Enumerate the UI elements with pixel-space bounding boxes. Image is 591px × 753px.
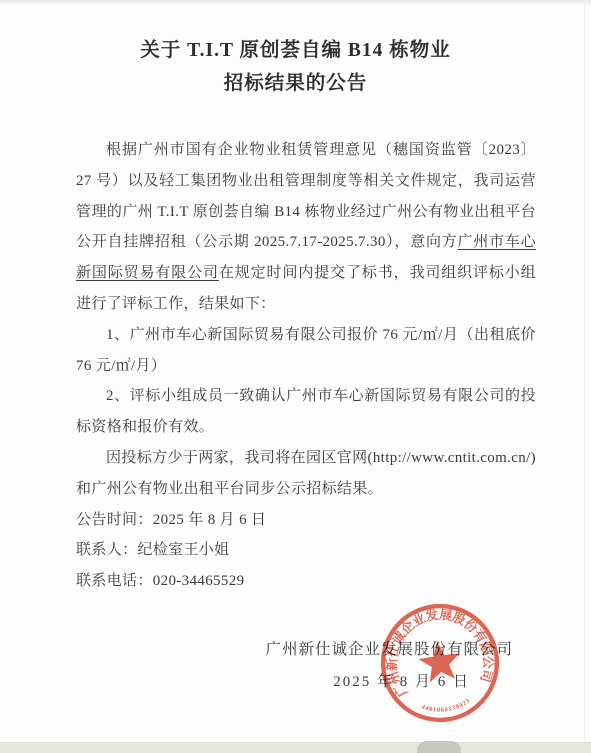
scan-bottom-edge <box>0 742 591 753</box>
paragraph-result-1: 1、广州市车心新国际贸易有限公司报价 76 元/㎡/月（出租底价 76 元/㎡/… <box>76 320 536 382</box>
scan-bottom-artifact <box>417 741 461 753</box>
page-title-line1: 关于 T.I.T 原创荟自编 B14 栋物业 <box>0 34 591 67</box>
contact-person-line: 联系人：纪检室王小姐 <box>76 535 536 566</box>
page-title: 关于 T.I.T 原创荟自编 B14 栋物业 招标结果的公告 <box>0 34 591 100</box>
signature-date: 2025 年 8 月 6 日 <box>0 670 470 691</box>
page-right-edge-line <box>584 0 585 742</box>
company-seal-stamp: 广州新仕诚企业发展股份有限公司 4401060330423 <box>370 593 510 733</box>
contact-phone-line: 联系电话：020-34465529 <box>76 566 536 597</box>
svg-text:4401060330423: 4401060330423 <box>420 697 473 717</box>
seal-number-text: 4401060330423 <box>420 697 473 717</box>
paragraph-result-2: 2、评标小组成员一致确认广州市车心新国际贸易有限公司的投标资格和报价有效。 <box>76 381 536 443</box>
seal-graphic: 广州新仕诚企业发展股份有限公司 4401060330423 <box>370 593 510 733</box>
page-title-line2: 招标结果的公告 <box>0 67 591 100</box>
document-body: 根据广州市国有企业物业租赁管理意见（穗国资监管〔2023〕27 号）以及轻工集团… <box>76 135 536 597</box>
paragraph-publicity: 因投标方少于两家，我司将在园区官网(http://www.cntit.com.c… <box>76 443 536 505</box>
signature-company: 广州新仕诚企业发展股份有限公司 <box>0 637 513 659</box>
scan-top-shadow <box>0 0 591 6</box>
announce-time-line: 公告时间：2025 年 8 月 6 日 <box>76 505 536 536</box>
paragraph-basis: 根据广州市国有企业物业租赁管理意见（穗国资监管〔2023〕27 号）以及轻工集团… <box>76 135 536 320</box>
seal-ring <box>376 599 505 728</box>
